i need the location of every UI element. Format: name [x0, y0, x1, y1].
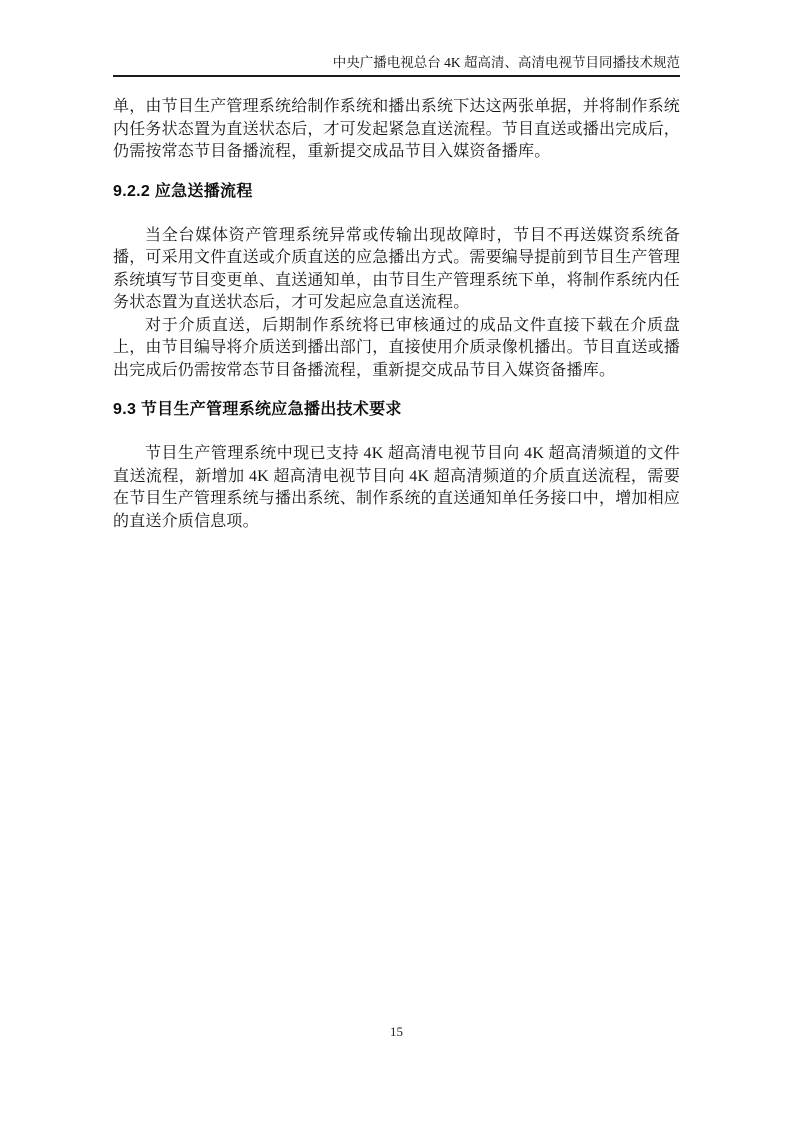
page-footer: 15 — [0, 1024, 793, 1040]
page-header: 中央广播电视总台 4K 超高清、高清电视节目同播技术规范 — [113, 0, 680, 77]
section-heading-9-2-2: 9.2.2 应急送播流程 — [113, 182, 680, 201]
header-title: 中央广播电视总台 4K 超高清、高清电视节目同播技术规范 — [333, 55, 680, 70]
section-heading-9-3: 9.3 节目生产管理系统应急播出技术要求 — [113, 400, 680, 419]
paragraph-production-system-requirements: 节目生产管理系统中现已支持 4K 超高清电视节目向 4K 超高清频道的文件直送流… — [113, 443, 680, 533]
page-number: 15 — [390, 1024, 403, 1039]
document-page: 中央广播电视总台 4K 超高清、高清电视节目同播技术规范 单，由节目生产管理系统… — [0, 0, 793, 1122]
paragraph-emergency-delivery-1: 当全台媒体资产管理系统异常或传输出现故障时，节目不再送媒资系统备播，可采用文件直… — [113, 225, 680, 315]
document-body: 单，由节目生产管理系统给制作系统和播出系统下达这两张单据，并将制作系统内任务状态… — [113, 90, 680, 533]
paragraph-continuation: 单，由节目生产管理系统给制作系统和播出系统下达这两张单据，并将制作系统内任务状态… — [113, 96, 680, 164]
paragraph-emergency-delivery-2: 对于介质直送，后期制作系统将已审核通过的成品文件直接下载在介质盘上，由节目编导将… — [113, 315, 680, 383]
